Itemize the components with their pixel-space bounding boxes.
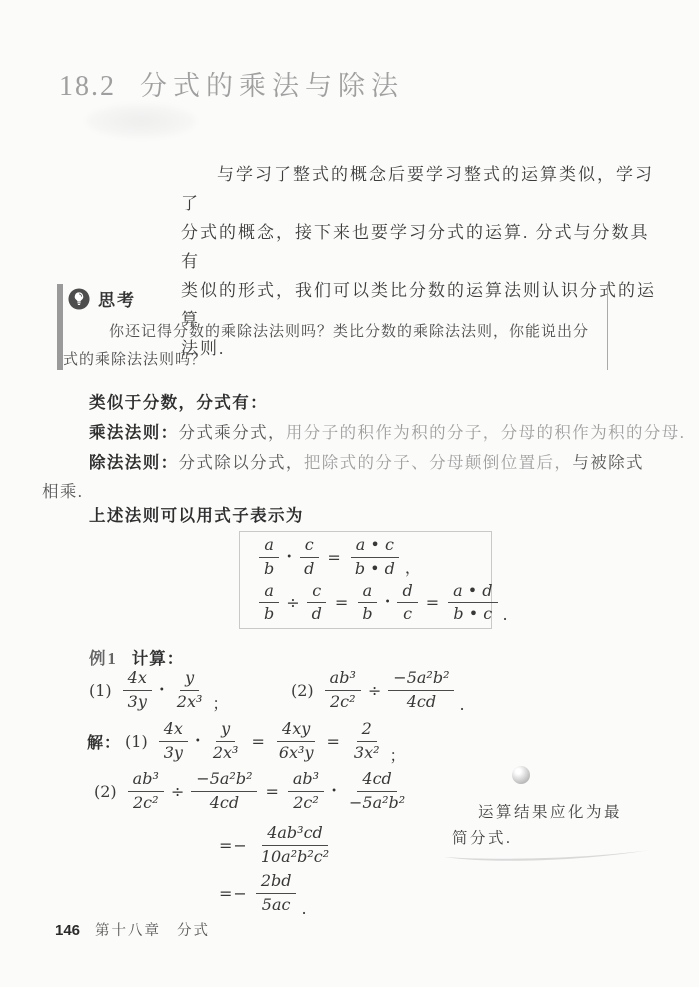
equals-sign: =: [327, 548, 341, 567]
frac-num: a: [358, 582, 378, 603]
formula-box: ab • cd = a • cb • d ， ab ÷ cd = ab • dc…: [239, 531, 492, 629]
fraction: 4x3y: [123, 669, 152, 711]
equals-minus-sign: =−: [219, 836, 248, 855]
multiply-dot-operator: •: [385, 597, 391, 608]
frac-num: 2: [357, 720, 377, 741]
rule-name: 除法法则：: [89, 453, 179, 472]
problem-1: (1) 4x3y • y2x³ ；: [89, 666, 228, 714]
multiplication-rule: 乘法法则：分式乘分式，用分子的积作为积的分子，分母的积作为积的分母.: [89, 419, 685, 443]
fraction: 4cd−5a²b²: [344, 770, 410, 812]
fraction: ab: [357, 582, 377, 624]
fraction: −5a²b²4cd: [388, 669, 454, 711]
divide-operator: ÷: [368, 681, 381, 700]
division-rule: 除法法则：分式除以分式，把除式的分子、分母颠倒位置后，与被除式: [89, 449, 644, 473]
frac-den: b • c: [448, 603, 497, 623]
think-text-line: 式的乘除法法则吗？: [63, 348, 207, 369]
think-text-line: 你还记得分数的乘除法法则吗？类比分数的乘除法法则，你能说出分: [109, 320, 589, 341]
fraction: 2bd5ac: [256, 872, 297, 914]
chapter-section: 分式: [177, 919, 210, 940]
frac-num: −5a²b²: [191, 770, 257, 791]
punctuation: ，: [405, 555, 421, 578]
frac-num: y: [216, 720, 235, 741]
frac-den: −5a²b²: [344, 792, 410, 812]
equals-sign: =: [426, 593, 440, 612]
frac-num: a: [259, 582, 279, 603]
think-header: 思考: [68, 286, 136, 311]
rule-tail: 与被除式: [572, 453, 644, 472]
frac-den: d: [299, 558, 319, 578]
problem-2: (2) ab³2c² ÷ −5a²b²4cd .: [291, 666, 465, 714]
frac-den: 4cd: [205, 792, 244, 812]
frac-num: c: [307, 582, 326, 603]
frac-den: 10a²b²c²: [256, 846, 334, 866]
equals-sign: =: [265, 782, 279, 801]
multiply-dot-operator: •: [159, 685, 165, 696]
frac-den: c: [398, 603, 417, 623]
frac-num: ab³: [128, 770, 164, 791]
frac-num: 2bd: [256, 872, 297, 893]
rule-detail: 把除式的分子、分母颠倒位置后，: [304, 453, 573, 472]
punctuation: .: [301, 899, 306, 918]
divide-operator: ÷: [286, 593, 299, 612]
division-formula: ab ÷ cd = ab • dc = a • db • c .: [256, 582, 491, 624]
frac-num: 4cd: [357, 770, 396, 791]
fraction: ab: [259, 536, 279, 578]
frac-num: 4ab³cd: [262, 824, 328, 845]
page-number: 146: [55, 922, 80, 939]
frac-den: 2c²: [128, 792, 164, 812]
divide-operator: ÷: [171, 782, 184, 801]
equals-sign: =: [251, 732, 265, 751]
fraction: −5a²b²4cd: [191, 770, 257, 812]
frac-num: ab³: [325, 669, 361, 690]
frac-den: 5ac: [257, 894, 296, 914]
rule-main: 分式除以分式，: [179, 453, 304, 472]
frac-num: a • d: [448, 582, 497, 603]
punctuation: ；: [212, 691, 228, 714]
fraction: dc: [397, 582, 417, 624]
frac-num: c: [300, 536, 319, 557]
frac-num: d: [397, 582, 417, 603]
punctuation: .: [459, 695, 464, 714]
intro-line: 分式的概念，接下来也要学习分式的运算. 分式与分数具有: [181, 218, 667, 276]
fraction: 23x²: [349, 720, 385, 762]
lightbulb-icon: [68, 288, 90, 310]
fraction: ab³2c²: [128, 770, 164, 812]
fraction: y2x³: [172, 669, 208, 711]
fraction: 4xy6x³y: [274, 720, 319, 762]
frac-den: 2x³: [172, 691, 208, 711]
frac-den: b: [357, 603, 377, 623]
punctuation: .: [503, 605, 508, 624]
multiply-dot-operator: •: [331, 786, 337, 797]
problem-number: (2): [291, 681, 314, 700]
frac-den: 3y: [159, 742, 188, 762]
note-shadow-swoosh: [442, 848, 652, 866]
fraction: a • cb • d: [350, 536, 400, 578]
punctuation: ；: [390, 743, 406, 766]
rules-lead: 类似于分数，分式有：: [89, 389, 268, 413]
fraction: ab³2c²: [288, 770, 324, 812]
chapter-title: 第十八章: [95, 919, 161, 940]
frac-den: b • d: [350, 558, 400, 578]
frac-num: 4xy: [277, 720, 315, 741]
frac-den: 3y: [123, 691, 152, 711]
fraction: cd: [307, 582, 327, 624]
think-box: 思考 你还记得分数的乘除法法则吗？类比分数的乘除法法则，你能说出分 式的乘除法法…: [57, 282, 608, 374]
frac-den: b: [259, 603, 279, 623]
multiply-dot-operator: •: [286, 552, 292, 563]
intro-line: 与学习了整式的概念后要学习整式的运算类似，学习了: [181, 160, 667, 218]
frac-num: ab³: [288, 770, 324, 791]
problem-number: (2): [94, 782, 117, 801]
problem-number: (1): [125, 732, 148, 751]
frac-den: 2x³: [208, 742, 244, 762]
scan-artifact: [86, 104, 196, 138]
frac-num: −5a²b²: [388, 669, 454, 690]
multiplication-formula: ab • cd = a • cb • d ，: [256, 536, 491, 578]
fraction: y2x³: [208, 720, 244, 762]
solution-line-1: 解： (1) 4x3y • y2x³ = 4xy6x³y = 23x² ；: [87, 716, 406, 766]
frac-num: y: [180, 669, 199, 690]
textbook-page: 18.2 分式的乘法与除法 与学习了整式的概念后要学习整式的运算类似，学习了 分…: [0, 0, 699, 987]
frac-num: a • c: [351, 536, 399, 557]
fraction: 4ab³cd10a²b²c²: [256, 824, 334, 866]
pearl-pin-icon: [512, 766, 530, 784]
equals-sign: =: [335, 593, 349, 612]
note-text-line: 运算结果应化为最: [478, 800, 622, 822]
frac-den: 2c²: [288, 792, 324, 812]
page-footer: 146 第十八章 分式: [55, 919, 210, 940]
division-rule-wrap: 相乘.: [42, 478, 83, 502]
formula-lead: 上述法则可以用式子表示为: [89, 502, 304, 526]
think-right-rule: [607, 284, 608, 370]
fraction: ab³2c²: [325, 669, 361, 711]
note-text-line: 简分式.: [452, 826, 512, 848]
frac-den: 4cd: [402, 691, 441, 711]
solution-line-3: =− 4ab³cd10a²b²c²: [214, 820, 337, 870]
fraction: cd: [299, 536, 319, 578]
rule-name: 乘法法则：: [89, 423, 179, 442]
frac-den: 2c²: [325, 691, 361, 711]
multiply-dot-operator: •: [195, 736, 201, 747]
frac-num: 4x: [159, 720, 188, 741]
section-number: 18.2: [59, 71, 116, 103]
fraction: 4x3y: [159, 720, 188, 762]
frac-den: 3x²: [349, 742, 385, 762]
frac-den: b: [259, 558, 279, 578]
margin-note-card: 运算结果应化为最 简分式.: [442, 760, 658, 866]
rule-main: 分式乘分式，: [179, 423, 286, 442]
rule-detail: 用分子的积作为积的分子，分母的积作为积的分母.: [286, 423, 685, 442]
frac-num: 4x: [123, 669, 152, 690]
fraction: ab: [259, 582, 279, 624]
problem-number: (1): [89, 681, 112, 700]
equals-minus-sign: =−: [219, 884, 248, 903]
solution-line-4: =− 2bd5ac .: [214, 868, 307, 918]
solution-line-2: (2) ab³2c² ÷ −5a²b²4cd = ab³2c² • 4cd−5a…: [94, 766, 413, 816]
section-title-text: 分式的乘法与除法: [140, 64, 404, 103]
equals-sign: =: [327, 732, 341, 751]
frac-den: 6x³y: [274, 742, 319, 762]
solution-label: 解：: [87, 730, 121, 753]
frac-num: a: [259, 536, 279, 557]
fraction: a • db • c: [448, 582, 497, 624]
think-heading: 思考: [98, 286, 136, 311]
section-title: 18.2 分式的乘法与除法: [59, 64, 404, 103]
frac-den: d: [307, 603, 327, 623]
